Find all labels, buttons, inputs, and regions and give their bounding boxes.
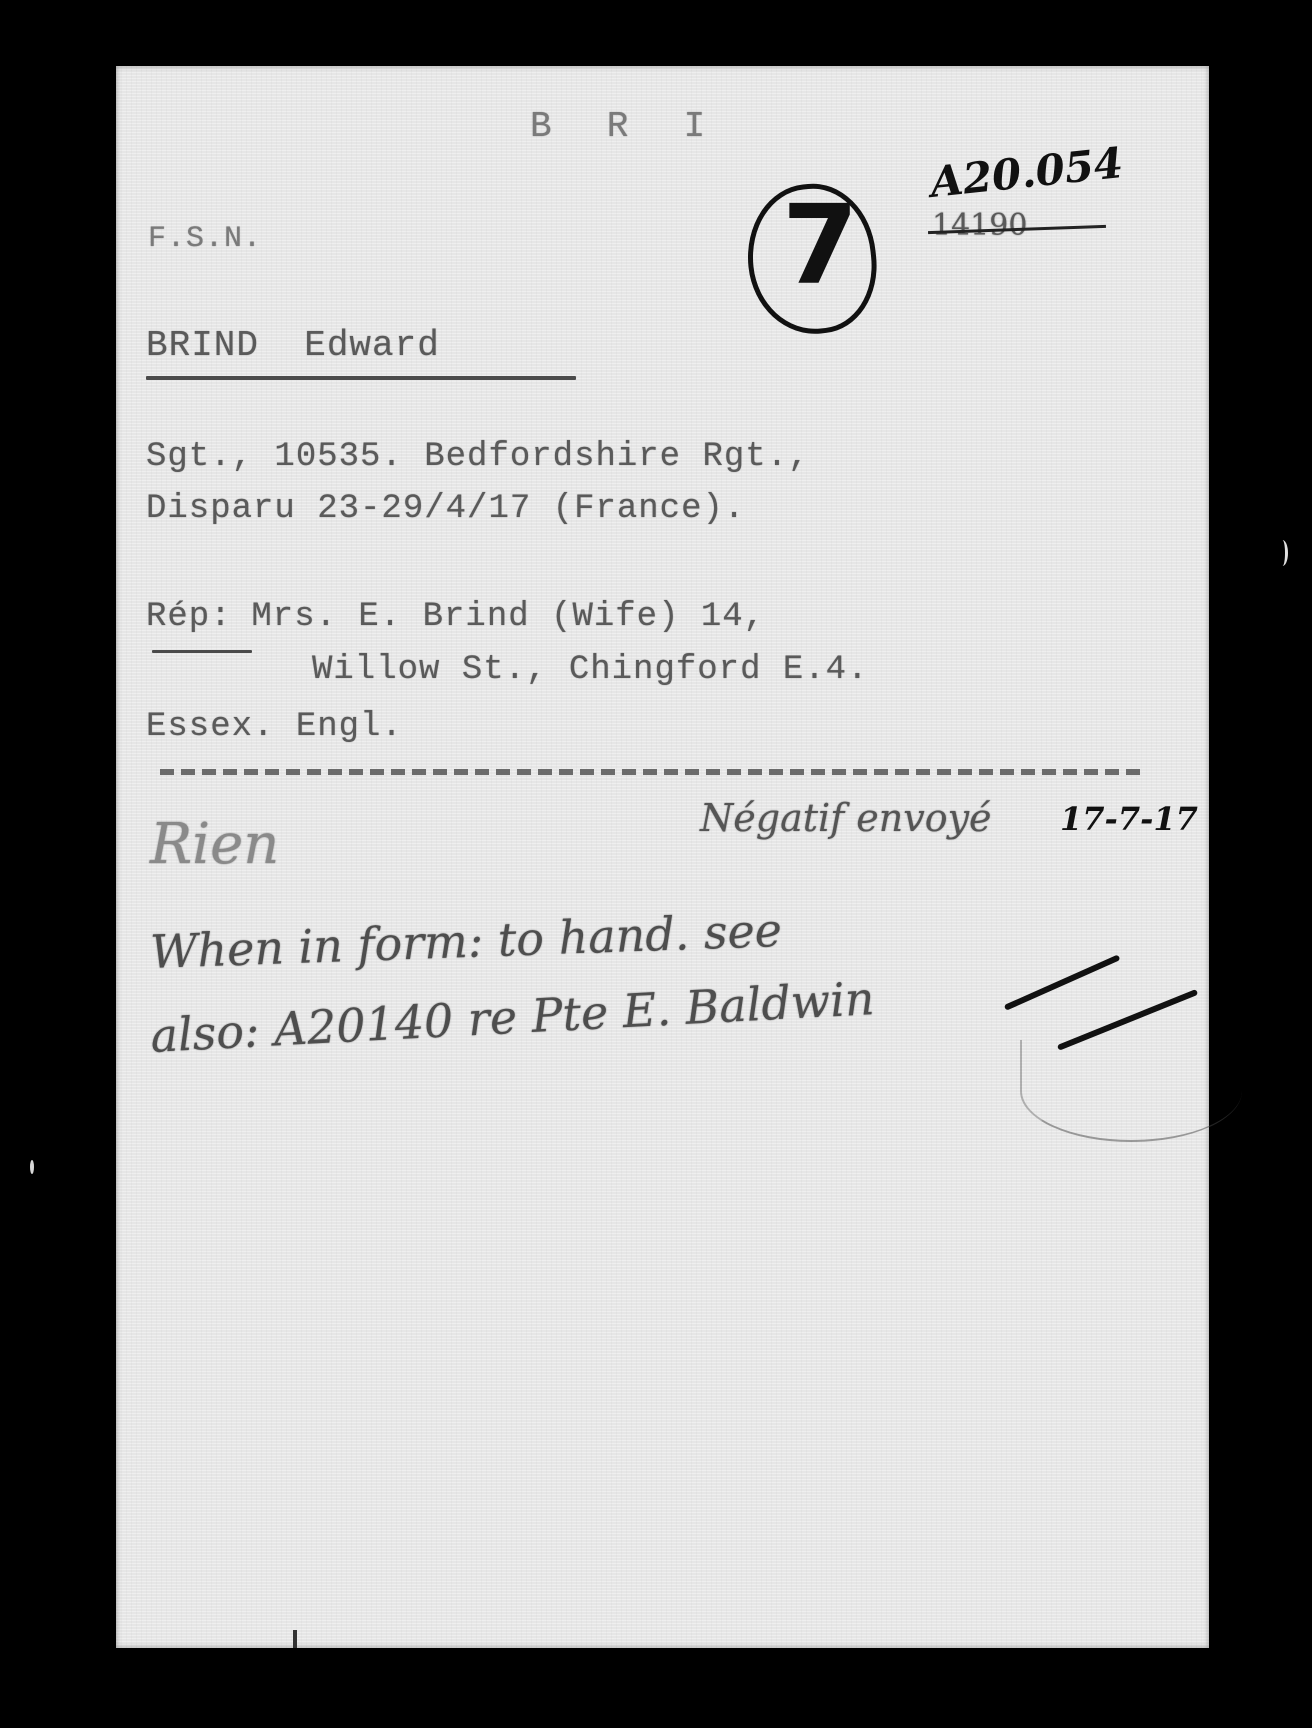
rep-line-2: Willow St., Chingford E.4. xyxy=(312,651,869,689)
rep-line-3: Essex. Engl. xyxy=(146,708,403,746)
separator-dashes xyxy=(160,769,1145,775)
rep-label: Rép: xyxy=(146,598,232,636)
scan-speck-left xyxy=(30,1160,34,1174)
rep-underline xyxy=(152,650,252,653)
circled-number: 7 xyxy=(782,190,859,300)
details-line-2: Disparu 23-29/4/17 (France). xyxy=(146,490,745,528)
name-underline xyxy=(146,376,576,380)
scan-speck-right xyxy=(1277,540,1288,566)
index-card xyxy=(116,66,1209,1648)
rep-line-1: Mrs. E. Brind (Wife) 14, xyxy=(230,598,765,636)
stamp-date: 17-7-17 xyxy=(1060,800,1198,838)
note-rien: Rien xyxy=(150,812,279,877)
soldier-name: BRIND Edward xyxy=(146,325,440,366)
details-line-1: Sgt., 10535. Bedfordshire Rgt., xyxy=(146,438,810,476)
stamp-negatif-envoye: Négatif envoyé xyxy=(700,796,992,840)
faint-stamp-impression xyxy=(1020,1040,1242,1142)
reference-number-struck: 14190 xyxy=(932,208,1027,243)
bottom-edge-mark xyxy=(293,1630,297,1648)
header-letters: B R I xyxy=(530,106,709,147)
fsn-label: F.S.N. xyxy=(148,222,262,256)
